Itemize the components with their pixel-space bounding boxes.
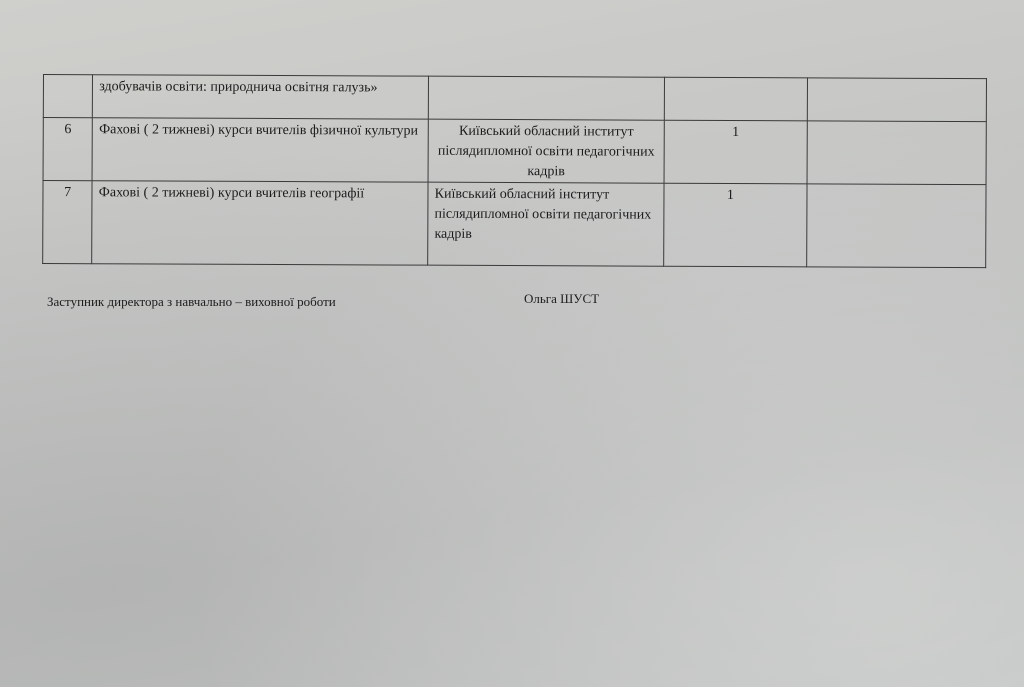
row-number-cell: 7 [43, 181, 93, 264]
institution-name [429, 77, 664, 80]
signatory-position: Заступник директора з навчально – виховн… [47, 294, 336, 310]
row-number: 6 [44, 118, 92, 140]
institution-name: Київський обласний інститут післядипломн… [429, 120, 664, 183]
row-number-cell: 6 [43, 118, 93, 181]
extra-cell [807, 121, 986, 185]
quantity-value: 1 [654, 184, 806, 207]
institution-name: Київський обласний інститут післядипломн… [428, 183, 663, 246]
course-cell: Фахові ( 2 тижневі) курси вчителів фізич… [92, 118, 428, 182]
institution-cell: Київський обласний інститут післядипломн… [428, 119, 664, 183]
course-cell: здобувачів освіти: природнича освітня га… [93, 75, 429, 119]
extra-cell [806, 184, 986, 268]
table-row: здобувачів освіти: природнича освітня га… [43, 75, 986, 122]
table-row: 6 Фахові ( 2 тижневі) курси вчителів фіз… [43, 118, 986, 185]
institution-cell [428, 76, 664, 120]
course-title: Фахові ( 2 тижневі) курси вчителів фізич… [99, 118, 428, 141]
course-cell: Фахові ( 2 тижневі) курси вчителів геогр… [92, 181, 428, 265]
quantity-cell: 1 [664, 183, 807, 267]
table-row: 7 Фахові ( 2 тижневі) курси вчителів гео… [43, 181, 986, 268]
institution-cell: Київський обласний інститут післядипломн… [428, 182, 664, 266]
quantity-value: 1 [665, 121, 807, 144]
course-title: Фахові ( 2 тижневі) курси вчителів геогр… [99, 181, 428, 204]
extra-cell [807, 78, 986, 122]
quantity-cell: 1 [664, 120, 807, 184]
quantity-cell [664, 77, 807, 121]
row-number [44, 75, 92, 77]
row-number: 7 [43, 181, 91, 203]
quantity-value [665, 78, 807, 81]
row-number-cell [43, 75, 93, 118]
course-title: здобувачів освіти: природнича освітня га… [99, 75, 428, 98]
courses-table: здобувачів освіти: природнича освітня га… [42, 74, 987, 268]
signatory-name: Ольга ШУСТ [524, 291, 599, 307]
